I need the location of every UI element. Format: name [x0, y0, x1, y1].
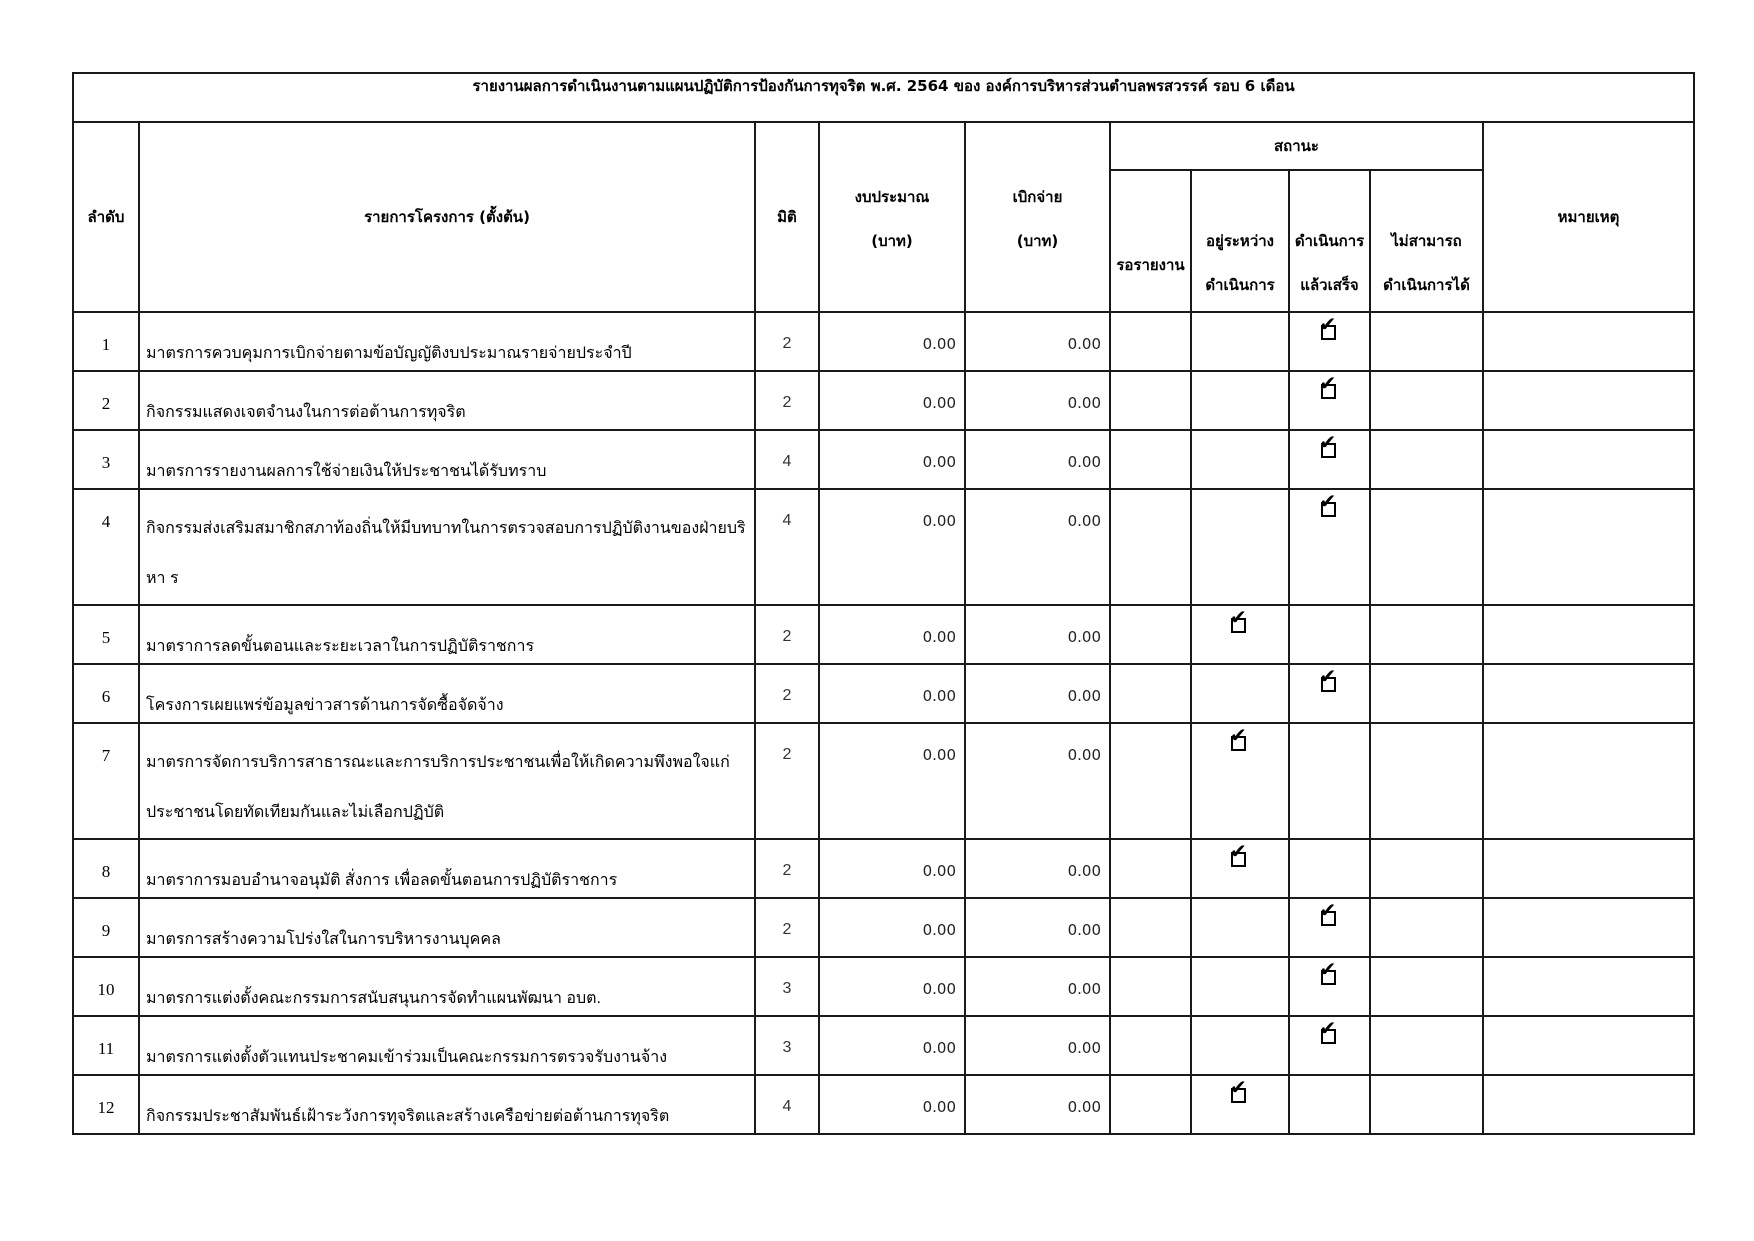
project-name-text: กิจกรรมประชาสัมพันธ์เฝ้าระวังการทุจริตแล… [146, 1098, 746, 1132]
checkbox-checked-icon: ✔ [1319, 962, 1341, 984]
project-name-text: โครงการเผยแพร่ข้อมูลข่าวสารด้านการจัดซื้… [146, 687, 746, 721]
budget-cell: 0.00 [819, 605, 965, 664]
row-number: 1 [73, 312, 139, 371]
dimension-cell: 3 [755, 1016, 819, 1075]
header-in-progress-line1: อยู่ระหว่าง [1192, 219, 1288, 263]
row-number: 11 [73, 1016, 139, 1075]
row-number: 8 [73, 839, 139, 898]
status-waiting-cell [1110, 957, 1191, 1016]
disbursed-cell: 0.00 [965, 664, 1110, 723]
status-waiting-cell [1110, 723, 1191, 839]
budget-cell: 0.00 [819, 957, 965, 1016]
header-done-line2: แล้วเสร็จ [1290, 263, 1369, 307]
disbursed-cell: 0.00 [965, 489, 1110, 605]
header-in-progress-line2: ดำเนินการ [1192, 263, 1288, 307]
status-waiting-cell [1110, 489, 1191, 605]
checkbox-checked-icon: ✔ [1229, 1080, 1251, 1102]
header-budget-label: งบประมาณ [820, 175, 964, 219]
status-unable-cell [1370, 605, 1483, 664]
budget-cell: 0.00 [819, 371, 965, 430]
status-done-cell: ✔ [1289, 430, 1370, 489]
project-name: มาตรการจัดการบริการสาธารณะและการบริการปร… [139, 723, 755, 839]
disbursed-cell: 0.00 [965, 898, 1110, 957]
project-name: มาตรการแต่งตั้งตัวแทนประชาคมเข้าร่วมเป็น… [139, 1016, 755, 1075]
budget-cell: 0.00 [819, 1075, 965, 1134]
status-done-cell: ✔ [1289, 1016, 1370, 1075]
table-row-9: 9 มาตรการสร้างความโปร่งใสในการบริหารงานบ… [73, 898, 1694, 957]
status-unable-cell [1370, 430, 1483, 489]
remarks-cell [1483, 371, 1694, 430]
status-waiting-cell [1110, 1075, 1191, 1134]
table-row-2: 2 กิจกรรมแสดงเจตจำนงในการต่อต้านการทุจริ… [73, 371, 1694, 430]
header-no: ลำดับ [73, 122, 139, 312]
disbursed-cell: 0.00 [965, 430, 1110, 489]
row-number: 6 [73, 664, 139, 723]
dimension-cell: 2 [755, 839, 819, 898]
project-name: กิจกรรมแสดงเจตจำนงในการต่อต้านการทุจริต [139, 371, 755, 430]
checkbox-checked-icon: ✔ [1319, 376, 1341, 398]
remarks-cell [1483, 605, 1694, 664]
status-unable-cell [1370, 371, 1483, 430]
header-status-done: ดำเนินการ แล้วเสร็จ [1289, 170, 1370, 312]
disbursed-cell: 0.00 [965, 312, 1110, 371]
header-status-waiting: รอรายงาน [1110, 170, 1191, 312]
header-disbursed-unit: (บาท) [966, 219, 1109, 263]
project-name: มาตรการรายงานผลการใช้จ่ายเงินให้ประชาชนไ… [139, 430, 755, 489]
checkbox-checked-icon: ✔ [1229, 844, 1251, 866]
project-name-text: มาตราการมอบอำนาจอนุมัติ สั่งการ เพื่อลดข… [146, 862, 746, 896]
status-in-progress-cell [1191, 489, 1289, 605]
checkbox-checked-icon: ✔ [1319, 669, 1341, 691]
status-waiting-cell [1110, 839, 1191, 898]
dimension-cell: 4 [755, 430, 819, 489]
remarks-cell [1483, 664, 1694, 723]
status-unable-cell [1370, 1016, 1483, 1075]
project-name-text: มาตราการลดขั้นตอนและระยะเวลาในการปฏิบัติ… [146, 628, 746, 662]
checkbox-checked-icon: ✔ [1319, 1021, 1341, 1043]
disbursed-cell: 0.00 [965, 723, 1110, 839]
remarks-cell [1483, 430, 1694, 489]
disbursed-cell: 0.00 [965, 605, 1110, 664]
status-done-cell [1289, 723, 1370, 839]
status-done-cell [1289, 605, 1370, 664]
project-name-text: มาตรการแต่งตั้งตัวแทนประชาคมเข้าร่วมเป็น… [146, 1039, 746, 1073]
status-done-cell: ✔ [1289, 898, 1370, 957]
status-waiting-cell [1110, 312, 1191, 371]
project-name: กิจกรรมส่งเสริมสมาชิกสภาท้องถิ่นให้มีบทบ… [139, 489, 755, 605]
status-done-cell [1289, 839, 1370, 898]
project-name: โครงการเผยแพร่ข้อมูลข่าวสารด้านการจัดซื้… [139, 664, 755, 723]
header-status-group: สถานะ [1110, 122, 1483, 170]
table-row-6: 6 โครงการเผยแพร่ข้อมูลข่าวสารด้านการจัดซ… [73, 664, 1694, 723]
status-in-progress-cell [1191, 371, 1289, 430]
remarks-cell [1483, 1075, 1694, 1134]
status-in-progress-cell: ✔ [1191, 839, 1289, 898]
dimension-cell: 2 [755, 723, 819, 839]
status-in-progress-cell [1191, 957, 1289, 1016]
header-budget: งบประมาณ (บาท) [819, 122, 965, 312]
row-number: 5 [73, 605, 139, 664]
status-unable-cell [1370, 723, 1483, 839]
budget-cell: 0.00 [819, 489, 965, 605]
row-number: 3 [73, 430, 139, 489]
anti-corruption-report-table: รายงานผลการดำเนินงานตามแผนปฏิบัติการป้อง… [72, 72, 1695, 1135]
project-name: กิจกรรมประชาสัมพันธ์เฝ้าระวังการทุจริตแล… [139, 1075, 755, 1134]
status-done-cell: ✔ [1289, 312, 1370, 371]
project-name: มาตรการแต่งตั้งคณะกรรมการสนับสนุนการจัดท… [139, 957, 755, 1016]
report-title: รายงานผลการดำเนินงานตามแผนปฏิบัติการป้อง… [73, 73, 1694, 122]
header-disbursed-label: เบิกจ่าย [966, 175, 1109, 219]
project-name-text: มาตรการรายงานผลการใช้จ่ายเงินให้ประชาชนไ… [146, 453, 746, 487]
status-unable-cell [1370, 957, 1483, 1016]
header-disbursed: เบิกจ่าย (บาท) [965, 122, 1110, 312]
checkbox-checked-icon: ✔ [1319, 494, 1341, 516]
status-in-progress-cell: ✔ [1191, 605, 1289, 664]
status-unable-cell [1370, 664, 1483, 723]
header-project: รายการโครงการ (ตั้งต้น) [139, 122, 755, 312]
row-number: 4 [73, 489, 139, 605]
status-waiting-cell [1110, 1016, 1191, 1075]
dimension-cell: 2 [755, 898, 819, 957]
remarks-cell [1483, 1016, 1694, 1075]
table-row-11: 11 มาตรการแต่งตั้งตัวแทนประชาคมเข้าร่วมเ… [73, 1016, 1694, 1075]
budget-cell: 0.00 [819, 664, 965, 723]
remarks-cell [1483, 898, 1694, 957]
status-unable-cell [1370, 312, 1483, 371]
budget-cell: 0.00 [819, 312, 965, 371]
project-name-text: กิจกรรมแสดงเจตจำนงในการต่อต้านการทุจริต [146, 394, 746, 428]
status-done-cell: ✔ [1289, 957, 1370, 1016]
status-in-progress-cell [1191, 1016, 1289, 1075]
header-remarks: หมายเหตุ [1483, 122, 1694, 312]
row-number: 7 [73, 723, 139, 839]
status-done-cell: ✔ [1289, 664, 1370, 723]
header-status-in-progress: อยู่ระหว่าง ดำเนินการ [1191, 170, 1289, 312]
status-in-progress-cell [1191, 430, 1289, 489]
checkbox-checked-icon: ✔ [1319, 317, 1341, 339]
disbursed-cell: 0.00 [965, 957, 1110, 1016]
status-in-progress-cell [1191, 664, 1289, 723]
budget-cell: 0.00 [819, 723, 965, 839]
budget-cell: 0.00 [819, 430, 965, 489]
project-name: มาตรการสร้างความโปร่งใสในการบริหารงานบุค… [139, 898, 755, 957]
dimension-cell: 3 [755, 957, 819, 1016]
status-unable-cell [1370, 489, 1483, 605]
status-unable-cell [1370, 839, 1483, 898]
project-name-text: กิจกรรมส่งเสริมสมาชิกสภาท้องถิ่นให้มีบทบ… [146, 504, 746, 604]
project-name-text: มาตรการจัดการบริการสาธารณะและการบริการปร… [146, 738, 746, 838]
project-name-text: มาตรการควบคุมการเบิกจ่ายตามข้อบัญญัติงบป… [146, 335, 746, 369]
remarks-cell [1483, 489, 1694, 605]
table-row-5: 5 มาตราการลดขั้นตอนและระยะเวลาในการปฏิบั… [73, 605, 1694, 664]
remarks-cell [1483, 839, 1694, 898]
table-row-1: 1 มาตรการควบคุมการเบิกจ่ายตามข้อบัญญัติง… [73, 312, 1694, 371]
dimension-cell: 2 [755, 605, 819, 664]
row-number: 2 [73, 371, 139, 430]
status-done-cell: ✔ [1289, 371, 1370, 430]
status-waiting-cell [1110, 898, 1191, 957]
row-number: 10 [73, 957, 139, 1016]
budget-cell: 0.00 [819, 1016, 965, 1075]
dimension-cell: 4 [755, 1075, 819, 1134]
header-status-unable: ไม่สามารถ ดำเนินการได้ [1370, 170, 1483, 312]
header-unable-line2: ดำเนินการได้ [1371, 263, 1482, 307]
row-number: 12 [73, 1075, 139, 1134]
header-unable-line1: ไม่สามารถ [1371, 219, 1482, 263]
disbursed-cell: 0.00 [965, 1016, 1110, 1075]
status-done-cell: ✔ [1289, 489, 1370, 605]
table-row-10: 10 มาตรการแต่งตั้งคณะกรรมการสนับสนุนการจ… [73, 957, 1694, 1016]
table-body: 1 มาตรการควบคุมการเบิกจ่ายตามข้อบัญญัติง… [73, 312, 1694, 1134]
status-unable-cell [1370, 1075, 1483, 1134]
dimension-cell: 4 [755, 489, 819, 605]
dimension-cell: 2 [755, 312, 819, 371]
status-waiting-cell [1110, 371, 1191, 430]
remarks-cell [1483, 723, 1694, 839]
report-page: รายงานผลการดำเนินงานตามแผนปฏิบัติการป้อง… [72, 72, 1693, 1135]
checkbox-checked-icon: ✔ [1229, 610, 1251, 632]
budget-cell: 0.00 [819, 898, 965, 957]
project-name-text: มาตรการแต่งตั้งคณะกรรมการสนับสนุนการจัดท… [146, 980, 746, 1014]
table-row-12: 12 กิจกรรมประชาสัมพันธ์เฝ้าระวังการทุจริ… [73, 1075, 1694, 1134]
status-in-progress-cell [1191, 898, 1289, 957]
status-in-progress-cell: ✔ [1191, 723, 1289, 839]
status-in-progress-cell [1191, 312, 1289, 371]
dimension-cell: 2 [755, 664, 819, 723]
disbursed-cell: 0.00 [965, 839, 1110, 898]
header-dimension: มิติ [755, 122, 819, 312]
table-row-7: 7 มาตรการจัดการบริการสาธารณะและการบริการ… [73, 723, 1694, 839]
disbursed-cell: 0.00 [965, 371, 1110, 430]
status-waiting-cell [1110, 605, 1191, 664]
remarks-cell [1483, 312, 1694, 371]
project-name-text: มาตรการสร้างความโปร่งใสในการบริหารงานบุค… [146, 921, 746, 955]
table-row-4: 4 กิจกรรมส่งเสริมสมาชิกสภาท้องถิ่นให้มีบ… [73, 489, 1694, 605]
status-waiting-cell [1110, 664, 1191, 723]
dimension-cell: 2 [755, 371, 819, 430]
disbursed-cell: 0.00 [965, 1075, 1110, 1134]
header-done-line1: ดำเนินการ [1290, 219, 1369, 263]
row-number: 9 [73, 898, 139, 957]
table-row-3: 3 มาตรการรายงานผลการใช้จ่ายเงินให้ประชาช… [73, 430, 1694, 489]
status-done-cell [1289, 1075, 1370, 1134]
table-row-8: 8 มาตราการมอบอำนาจอนุมัติ สั่งการ เพื่อล… [73, 839, 1694, 898]
checkbox-checked-icon: ✔ [1319, 903, 1341, 925]
project-name: มาตราการลดขั้นตอนและระยะเวลาในการปฏิบัติ… [139, 605, 755, 664]
status-waiting-cell [1110, 430, 1191, 489]
checkbox-checked-icon: ✔ [1319, 435, 1341, 457]
budget-cell: 0.00 [819, 839, 965, 898]
project-name: มาตรการควบคุมการเบิกจ่ายตามข้อบัญญัติงบป… [139, 312, 755, 371]
project-name: มาตราการมอบอำนาจอนุมัติ สั่งการ เพื่อลดข… [139, 839, 755, 898]
header-budget-unit: (บาท) [820, 219, 964, 263]
checkbox-checked-icon: ✔ [1229, 728, 1251, 750]
status-unable-cell [1370, 898, 1483, 957]
status-in-progress-cell: ✔ [1191, 1075, 1289, 1134]
remarks-cell [1483, 957, 1694, 1016]
